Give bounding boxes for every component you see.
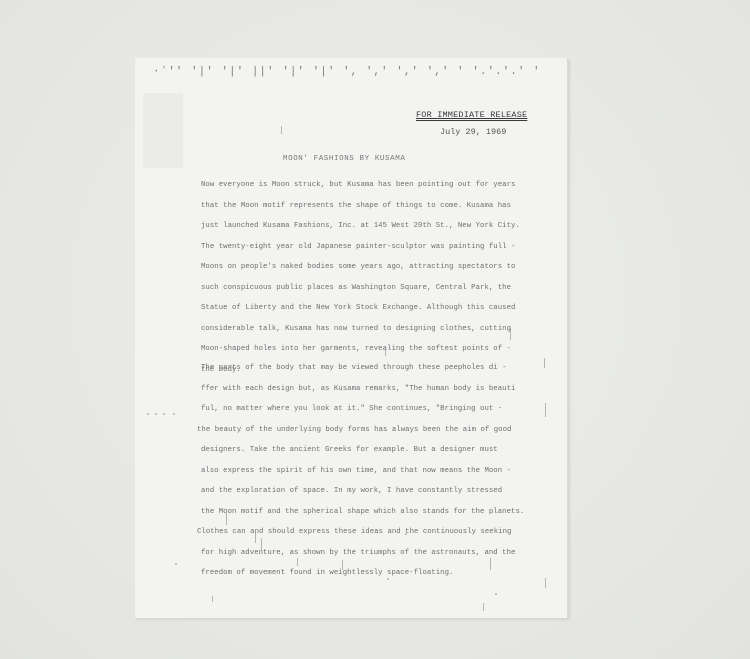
top-typewriter-marks: ·ʼʹ' '|' '|' ||' '|' '|' ', ',' ',' ',' … [153, 66, 538, 88]
text-line: Moons on people's naked bodies some year… [201, 257, 531, 278]
text-line: Now everyone is Moon struck, but Kusama … [201, 175, 531, 196]
text-line: ffer with each design but, as Kusama rem… [201, 379, 531, 400]
stray-mark [545, 578, 546, 588]
text-line: for high adventure, as shown by the triu… [201, 543, 531, 564]
stray-mark [342, 560, 343, 570]
paper-smudge [143, 93, 183, 168]
release-date: July 29, 1969 [440, 127, 506, 137]
stray-mark [544, 358, 545, 368]
text-line: such conspicuous public places as Washin… [201, 278, 531, 299]
text-line: Statue of Liberty and the New York Stock… [201, 298, 531, 319]
stray-mark [483, 603, 484, 611]
text-line: just launched Kusama Fashions, Inc. at 1… [201, 216, 531, 237]
stray-mark [545, 403, 546, 417]
text-line: also express the spirit of his own time,… [201, 461, 531, 482]
text-line: The parts of the body that may be viewed… [201, 358, 531, 379]
text-line: Clothes can and should express these ide… [197, 522, 531, 543]
speck [495, 593, 497, 595]
text-line: ful, no matter where you look at it." Sh… [201, 399, 531, 420]
stray-mark [281, 126, 282, 134]
text-line: The twenty-eight year old Japanese paint… [201, 237, 531, 258]
text-line: the Moon motif and the spherical shape w… [201, 502, 531, 523]
paragraph-1: Now everyone is Moon struck, but Kusama … [201, 175, 531, 380]
speck [147, 413, 149, 415]
stray-mark [297, 558, 298, 566]
text-line: Moon-shaped holes into her garments, rev… [201, 339, 531, 360]
stray-mark [510, 328, 511, 340]
speck [155, 413, 157, 415]
stray-mark [385, 348, 386, 356]
stray-mark [490, 558, 491, 570]
stray-mark [212, 596, 213, 602]
speck [173, 413, 175, 415]
speck [163, 413, 165, 415]
document-title: MOON' FASHIONS BY KUSAMA [283, 155, 405, 163]
text-line: considerable talk, Kusama has now turned… [201, 319, 531, 340]
text-line: freedom of movement found in weightlessl… [201, 563, 531, 584]
typewritten-page: ·ʼʹ' '|' '|' ||' '|' '|' ', ',' ',' ',' … [135, 58, 568, 618]
stray-mark [255, 533, 256, 543]
text-line: and the exploration of space. In my work… [201, 481, 531, 502]
text-line: the beauty of the underlying body forms … [197, 420, 531, 441]
speck [387, 578, 389, 580]
stray-mark [226, 513, 227, 525]
paragraph-2: The parts of the body that may be viewed… [201, 358, 531, 584]
stray-mark [261, 538, 262, 550]
release-label: FOR IMMEDIATE RELEASE [416, 110, 527, 120]
text-line: that the Moon motif represents the shape… [201, 196, 531, 217]
text-line: designers. Take the ancient Greeks for e… [201, 440, 531, 461]
speck [405, 533, 407, 535]
speck [175, 563, 177, 565]
